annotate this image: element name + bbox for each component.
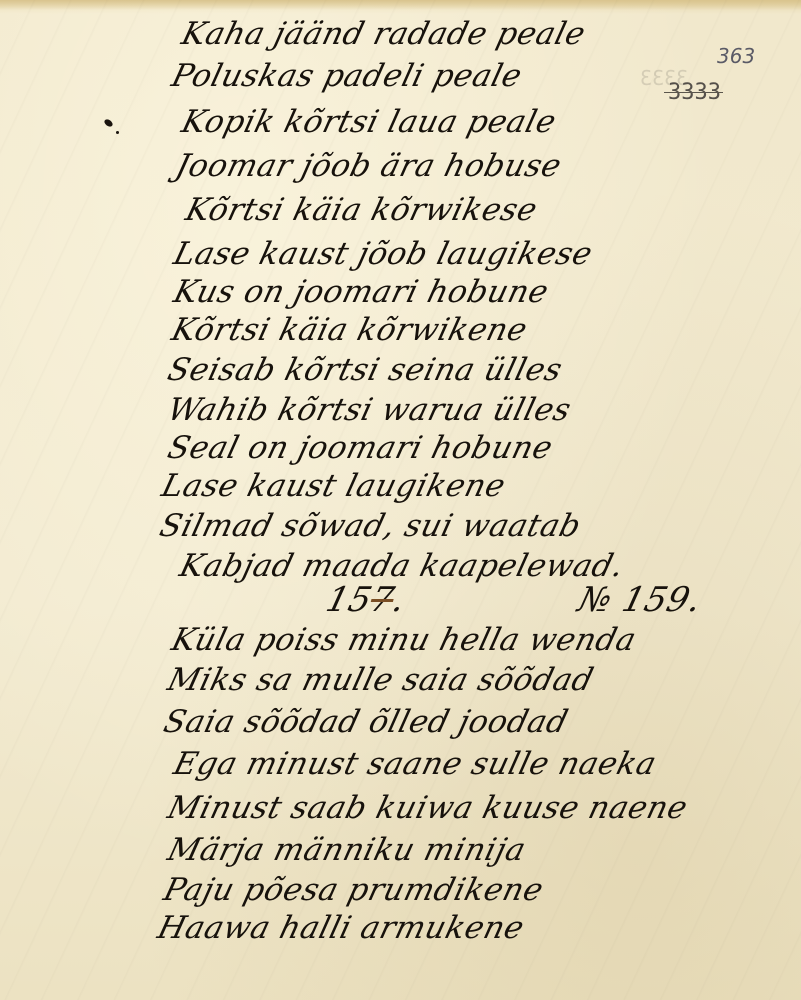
ink-blot (103, 118, 114, 128)
verse-line: Kabjad maada kaapelewad. (176, 548, 628, 584)
verse-line: Ega minust saane sulle naeka (170, 746, 660, 782)
verse-line: Joomar jõob ära hobuse (172, 148, 565, 184)
page-top-edge (0, 0, 801, 10)
manuscript-page: 3333 363 3333 Kaha jäänd radade peale Po… (0, 0, 801, 1000)
verse-line: Saia sõõdad õlled joodad (160, 704, 572, 740)
verse-line: Poluskas padeli peale (168, 58, 526, 94)
verse-line: Lase kaust jõob laugikese (170, 236, 596, 272)
verse-line: Wahib kõrtsi warua ülles (164, 392, 575, 428)
verse-line: Kõrtsi käia kõrwikene (168, 312, 531, 348)
verse-line: Märja männiku minija (164, 832, 530, 868)
verse-line: Seal on joomari hobune (164, 430, 556, 466)
verse-line: Haawa halli armukene (154, 910, 528, 946)
verse-line: Miks sa mulle saia sõõdad (164, 662, 597, 698)
ink-blot (116, 131, 119, 134)
verse-line: Küla poiss minu hella wenda (168, 622, 640, 658)
verse-line: Seisab kõrtsi seina ülles (164, 352, 566, 388)
archive-number-stamp: 3333 (668, 80, 721, 105)
verse-line: Kopik kõrtsi laua peale (178, 104, 560, 140)
verse-line: Kus on joomari hobune (170, 274, 552, 310)
verse-line: Minust saab kuiwa kuuse naene (164, 790, 691, 826)
verse-line: Lase kaust laugikene (158, 468, 509, 504)
verse-line: Silmad sõwad, sui waatab (156, 508, 585, 544)
archive-number-pencil: 363 (717, 44, 755, 68)
verse-line: Paju põesa prumdikene (160, 872, 547, 908)
verse-line: Kõrtsi käia kõrwikese (182, 192, 541, 228)
poem-number-left: 157. (322, 580, 410, 620)
poem-number-right: № 159. (574, 580, 706, 620)
verse-line: Kaha jäänd radade peale (178, 16, 589, 52)
